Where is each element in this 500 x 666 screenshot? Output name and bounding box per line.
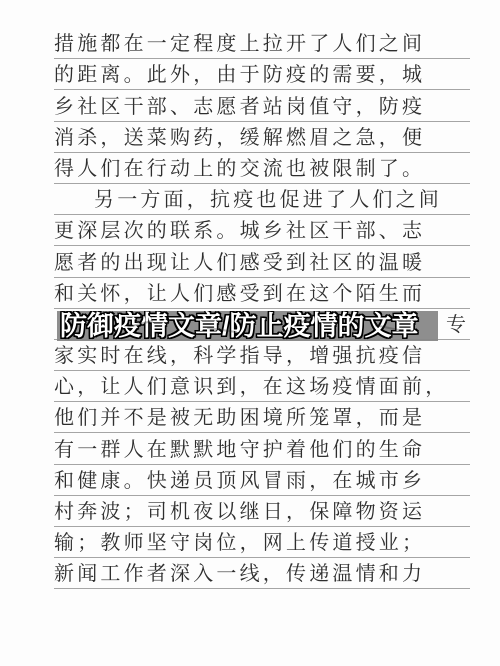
handwriting-text: 家实时在线，科学指导，增强抗疫信 bbox=[54, 341, 425, 370]
handwriting-text: 和关怀，让人们感受到在这个陌生而 bbox=[54, 279, 425, 308]
handwriting-text: 的距离。此外，由于防疫的需要，城 bbox=[54, 60, 425, 89]
handwriting-line: 措施都在一定程度上拉开了人们之间 bbox=[54, 28, 470, 59]
handwriting-line: 更深层次的联系。城乡社区干部、志 bbox=[54, 215, 470, 246]
handwriting-text: 得人们在行动上的交流也被限制了。 bbox=[54, 154, 425, 183]
handwriting-line: 的距离。此外，由于防疫的需要，城 bbox=[54, 59, 470, 90]
handwriting-line: 家实时在线，科学指导，增强抗疫信 bbox=[54, 340, 470, 371]
handwriting-line: 消杀，送菜购药，缓解燃眉之急，便 bbox=[54, 122, 470, 153]
caption-band: 防御疫情文章/防止疫情的文章 bbox=[57, 311, 438, 341]
handwriting-line: 得人们在行动上的交流也被限制了。 bbox=[54, 153, 470, 184]
handwriting-line: 愿者的出现让人们感受到社区的温暖 bbox=[54, 246, 470, 277]
handwriting-line: 输；教师坚守岗位，网上传道授业； bbox=[54, 527, 470, 558]
handwriting-line: 他们并不是被无助困境所笼罩，而是 bbox=[54, 402, 470, 433]
handwriting-line: 新闻工作者深入一线，传递温情和力 bbox=[54, 558, 470, 589]
handwriting-text: 专 bbox=[446, 310, 470, 339]
handwriting-text: 更深层次的联系。城乡社区干部、志 bbox=[54, 216, 425, 245]
handwriting-text: 措施都在一定程度上拉开了人们之间 bbox=[54, 29, 425, 58]
handwriting-text: 愿者的出现让人们感受到社区的温暖 bbox=[54, 248, 425, 277]
handwriting-line: 另一方面，抗疫也促进了人们之间 bbox=[54, 184, 470, 215]
handwriting-text: 乡社区干部、志愿者站岗值守，防疫 bbox=[54, 92, 425, 121]
handwriting-text: 他们并不是被无助困境所笼罩，而是 bbox=[54, 403, 425, 432]
handwriting-text: 输；教师坚守岗位，网上传道授业； bbox=[54, 528, 425, 557]
handwriting-line: 和健康。快递员顶风冒雨，在城市乡 bbox=[54, 465, 470, 496]
handwriting-text: 有一群人在默默地守护着他们的生命 bbox=[54, 435, 425, 464]
handwriting-text: 另一方面，抗疫也促进了人们之间 bbox=[54, 185, 442, 214]
ruled-lines-area: 措施都在一定程度上拉开了人们之间的距离。此外，由于防疫的需要，城乡社区干部、志愿… bbox=[54, 28, 470, 589]
handwriting-line: 村奔波；司机夜以继日，保障物资运 bbox=[54, 496, 470, 527]
handwritten-essay-photo: 措施都在一定程度上拉开了人们之间的距离。此外，由于防疫的需要，城乡社区干部、志愿… bbox=[0, 0, 500, 666]
handwriting-line: 有一群人在默默地守护着他们的生命 bbox=[54, 433, 470, 464]
handwriting-text: 消杀，送菜购药，缓解燃眉之急，便 bbox=[54, 123, 425, 152]
handwriting-text: 新闻工作者深入一线，传递温情和力 bbox=[54, 559, 425, 588]
handwriting-text: 心，让人们意识到，在这场疫情面前， bbox=[54, 372, 448, 401]
handwriting-text: 村奔波；司机夜以继日，保障物资运 bbox=[54, 497, 425, 526]
handwriting-line: 心，让人们意识到，在这场疫情面前， bbox=[54, 371, 470, 402]
handwriting-line: 和关怀，让人们感受到在这个陌生而 bbox=[54, 278, 470, 309]
caption-title: 防御疫情文章/防止疫情的文章 bbox=[57, 311, 419, 341]
handwriting-text: 和健康。快递员顶风冒雨，在城市乡 bbox=[54, 466, 425, 495]
handwriting-line: 乡社区干部、志愿者站岗值守，防疫 bbox=[54, 90, 470, 121]
